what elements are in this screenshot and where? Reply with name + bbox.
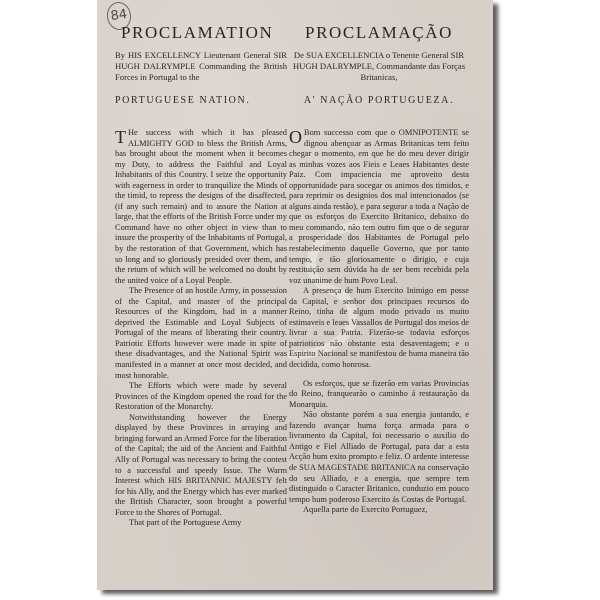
english-paragraph: Notwithstanding however the Energy displ…: [115, 413, 287, 518]
portuguese-paragraph: Não obstante porém a sua energia juntand…: [289, 410, 469, 505]
portuguese-nation-heading: A' NAÇÃO PORTUGUEZA.: [289, 95, 469, 107]
portuguese-dropcap: O: [289, 131, 302, 143]
proclamation-page: 84 PROCLAMATION By HIS EXCELLENCY Lieute…: [97, 0, 493, 590]
portuguese-column: PROCLAMAÇÃO De SUA EXCELLENCIA o Tenente…: [289, 0, 469, 516]
portuguese-title: PROCLAMAÇÃO: [289, 24, 469, 42]
portuguese-paragraph: Os esforços, que se fizerão em varias Pr…: [289, 379, 469, 411]
english-paragraph: THe success with which it has pleased AL…: [115, 128, 287, 286]
portuguese-byline: De SUA EXCELLENCIA o Tenente General SIR…: [289, 50, 469, 83]
portuguese-body: OBom successo com que o OMNIPOTENTE se d…: [289, 128, 469, 516]
portuguese-paragraph: OBom successo com que o OMNIPOTENTE se d…: [289, 128, 469, 286]
english-byline: By HIS EXCELLENCY Lieutenant General SIR…: [115, 50, 287, 83]
english-column: PROCLAMATION By HIS EXCELLENCY Lieutenan…: [115, 0, 287, 529]
english-paragraph: The Efforts which were made by several P…: [115, 381, 287, 413]
portuguese-paragraph: Aquella parte do Exercito Portuguez,: [289, 505, 469, 516]
english-body: THe success with which it has pleased AL…: [115, 128, 287, 529]
english-paragraph: That part of the Portuguese Army: [115, 518, 287, 529]
english-nation-heading: PORTUGUESE NATION.: [115, 95, 287, 107]
english-title: PROCLAMATION: [115, 24, 287, 42]
english-dropcap: T: [115, 131, 126, 143]
english-paragraph: The Presence of an hostile Army, in poss…: [115, 286, 287, 381]
portuguese-paragraph: A presença de hum Exercito Inimigo em po…: [289, 286, 469, 370]
